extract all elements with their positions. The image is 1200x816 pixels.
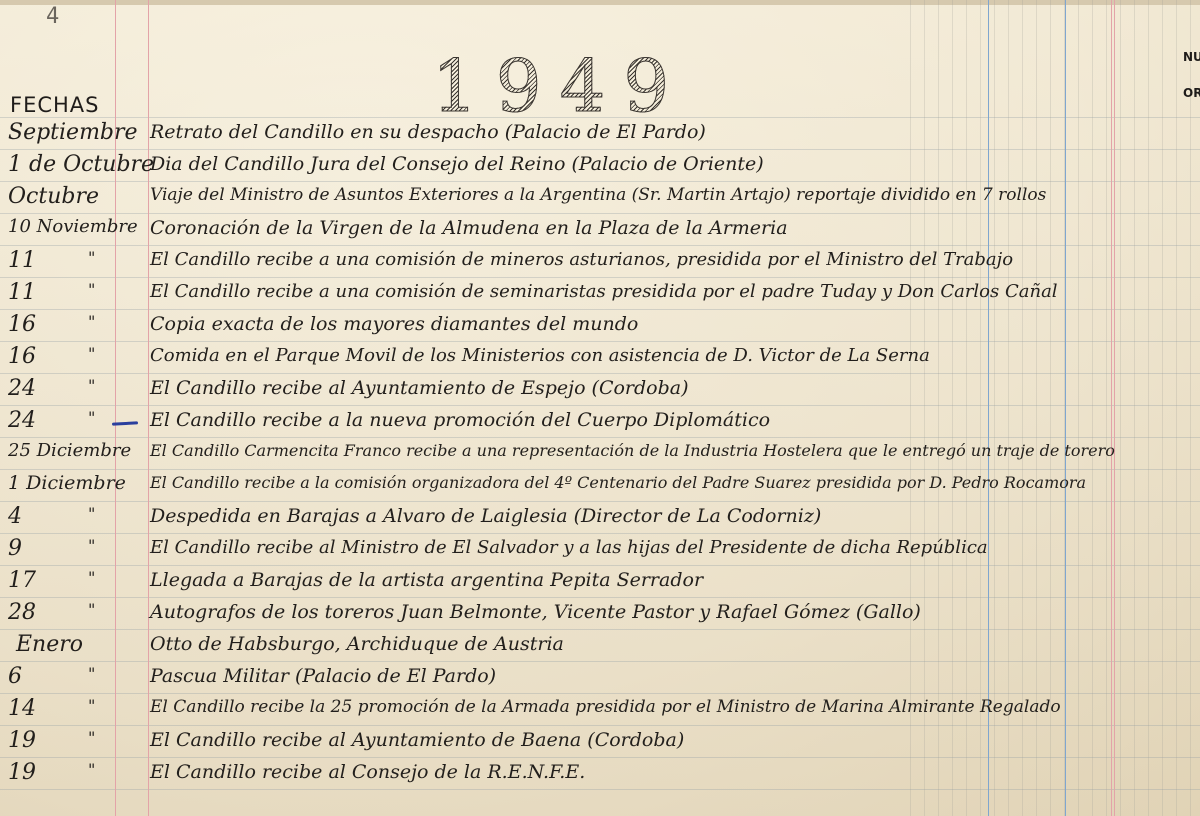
entry-date: 16" (8, 344, 148, 369)
entry-date: 11" (8, 248, 148, 273)
list-item: Septiembre Retrato del Candillo en su de… (0, 118, 1200, 150)
list-item: 11" El Candillo recibe a una comisión de… (0, 278, 1200, 310)
entry-date: 19" (8, 760, 148, 785)
right-column-header-2: OR (1183, 86, 1200, 100)
list-item: 16" Comida en el Parque Movil de los Min… (0, 342, 1200, 374)
page-title-year: 1949 (432, 44, 687, 128)
entry-description: Otto de Habsburgo, Archiduque de Austria (150, 633, 1150, 655)
list-item: 14" El Candillo recibe la 25 promoción d… (0, 694, 1200, 726)
list-item: 28" Autografos de los toreros Juan Belmo… (0, 598, 1200, 630)
entry-description: Llegada a Barajas de la artista argentin… (150, 569, 1150, 591)
entry-date: 24" (8, 376, 148, 401)
entry-description: El Candillo recibe a la nueva promoción … (150, 409, 1150, 431)
entry-date: 11" (8, 280, 148, 305)
entry-description: El Candillo recibe a la comisión organiz… (150, 473, 1150, 492)
entry-date: 10 Noviembre (8, 216, 148, 237)
list-item: 1 Diciembre El Candillo recibe a la comi… (0, 470, 1200, 502)
entry-date: 25 Diciembre (8, 440, 148, 461)
list-item: 25 Diciembre El Candillo Carmencita Fran… (0, 438, 1200, 470)
list-item: Octubre Viaje del Ministro de Asuntos Ex… (0, 182, 1200, 214)
entry-description: El Candillo recibe al Ayuntamiento de Es… (150, 377, 1150, 399)
list-item: 17" Llegada a Barajas de la artista arge… (0, 566, 1200, 598)
entry-date: 1 de Octubre (8, 152, 148, 177)
entry-date: Enero (16, 632, 156, 657)
page-number: 4 (46, 4, 59, 29)
list-item: 4" Despedida en Barajas a Alvaro de Laig… (0, 502, 1200, 534)
list-item: 16" Copia exacta de los mayores diamante… (0, 310, 1200, 342)
entry-description: Dia del Candillo Jura del Consejo del Re… (150, 153, 1150, 175)
entry-description: Autografos de los toreros Juan Belmonte,… (150, 601, 1150, 623)
entry-description: El Candillo Carmencita Franco recibe a u… (150, 441, 1150, 460)
list-item: 10 Noviembre Coronación de la Virgen de … (0, 214, 1200, 246)
entry-description: Coronación de la Virgen de la Almudena e… (150, 217, 1150, 239)
entry-date: 1 Diciembre (8, 472, 148, 494)
list-item: Enero Otto de Habsburgo, Archiduque de A… (0, 630, 1200, 662)
page-top-edge (0, 0, 1200, 5)
entry-description: El Candillo recibe al Ministro de El Sal… (150, 537, 1150, 558)
entry-date: 9" (8, 536, 148, 561)
entry-date: 19" (8, 728, 148, 753)
entry-description: El Candillo recibe la 25 promoción de la… (150, 697, 1150, 717)
entry-date: Septiembre (8, 120, 148, 145)
entry-date: 4" (8, 504, 148, 529)
entry-date: 24" (8, 408, 148, 433)
entry-date: 6" (8, 664, 148, 689)
dates-column-header: FECHAS (10, 93, 100, 117)
right-column-header-1: NU (1183, 50, 1200, 64)
entry-description: Pascua Militar (Palacio de El Pardo) (150, 665, 1150, 687)
entry-description: El Candillo recibe al Ayuntamiento de Ba… (150, 729, 1150, 751)
ledger-page: 4 1949 FECHAS NU OR Septiembre Retrato d… (0, 0, 1200, 816)
list-item: 19" El Candillo recibe al Consejo de la … (0, 758, 1200, 790)
list-item: 1 de Octubre Dia del Candillo Jura del C… (0, 150, 1200, 182)
entry-date: 28" (8, 600, 148, 625)
entry-date: 17" (8, 568, 148, 593)
entry-description: Despedida en Barajas a Alvaro de Laigles… (150, 505, 1150, 527)
list-item: 11" El Candillo recibe a una comisión de… (0, 246, 1200, 278)
entry-date: 14" (8, 696, 148, 721)
entry-description: Comida en el Parque Movil de los Ministe… (150, 345, 1150, 366)
entry-date: Octubre (8, 184, 148, 209)
entry-description: El Candillo recibe a una comisión de min… (150, 249, 1150, 270)
list-item: 19" El Candillo recibe al Ayuntamiento d… (0, 726, 1200, 758)
entry-description: Copia exacta de los mayores diamantes de… (150, 313, 1150, 335)
entry-description: El Candillo recibe a una comisión de sem… (150, 281, 1150, 302)
entry-description: Retrato del Candillo en su despacho (Pal… (150, 121, 1150, 143)
entry-date: 16" (8, 312, 148, 337)
entry-description: Viaje del Ministro de Asuntos Exteriores… (150, 185, 1150, 205)
list-item: 24" El Candillo recibe al Ayuntamiento d… (0, 374, 1200, 406)
entry-description: El Candillo recibe al Consejo de la R.E.… (150, 761, 1150, 783)
list-item: 6" Pascua Militar (Palacio de El Pardo) (0, 662, 1200, 694)
list-item: 24" El Candillo recibe a la nueva promoc… (0, 406, 1200, 438)
list-item: 9" El Candillo recibe al Ministro de El … (0, 534, 1200, 566)
